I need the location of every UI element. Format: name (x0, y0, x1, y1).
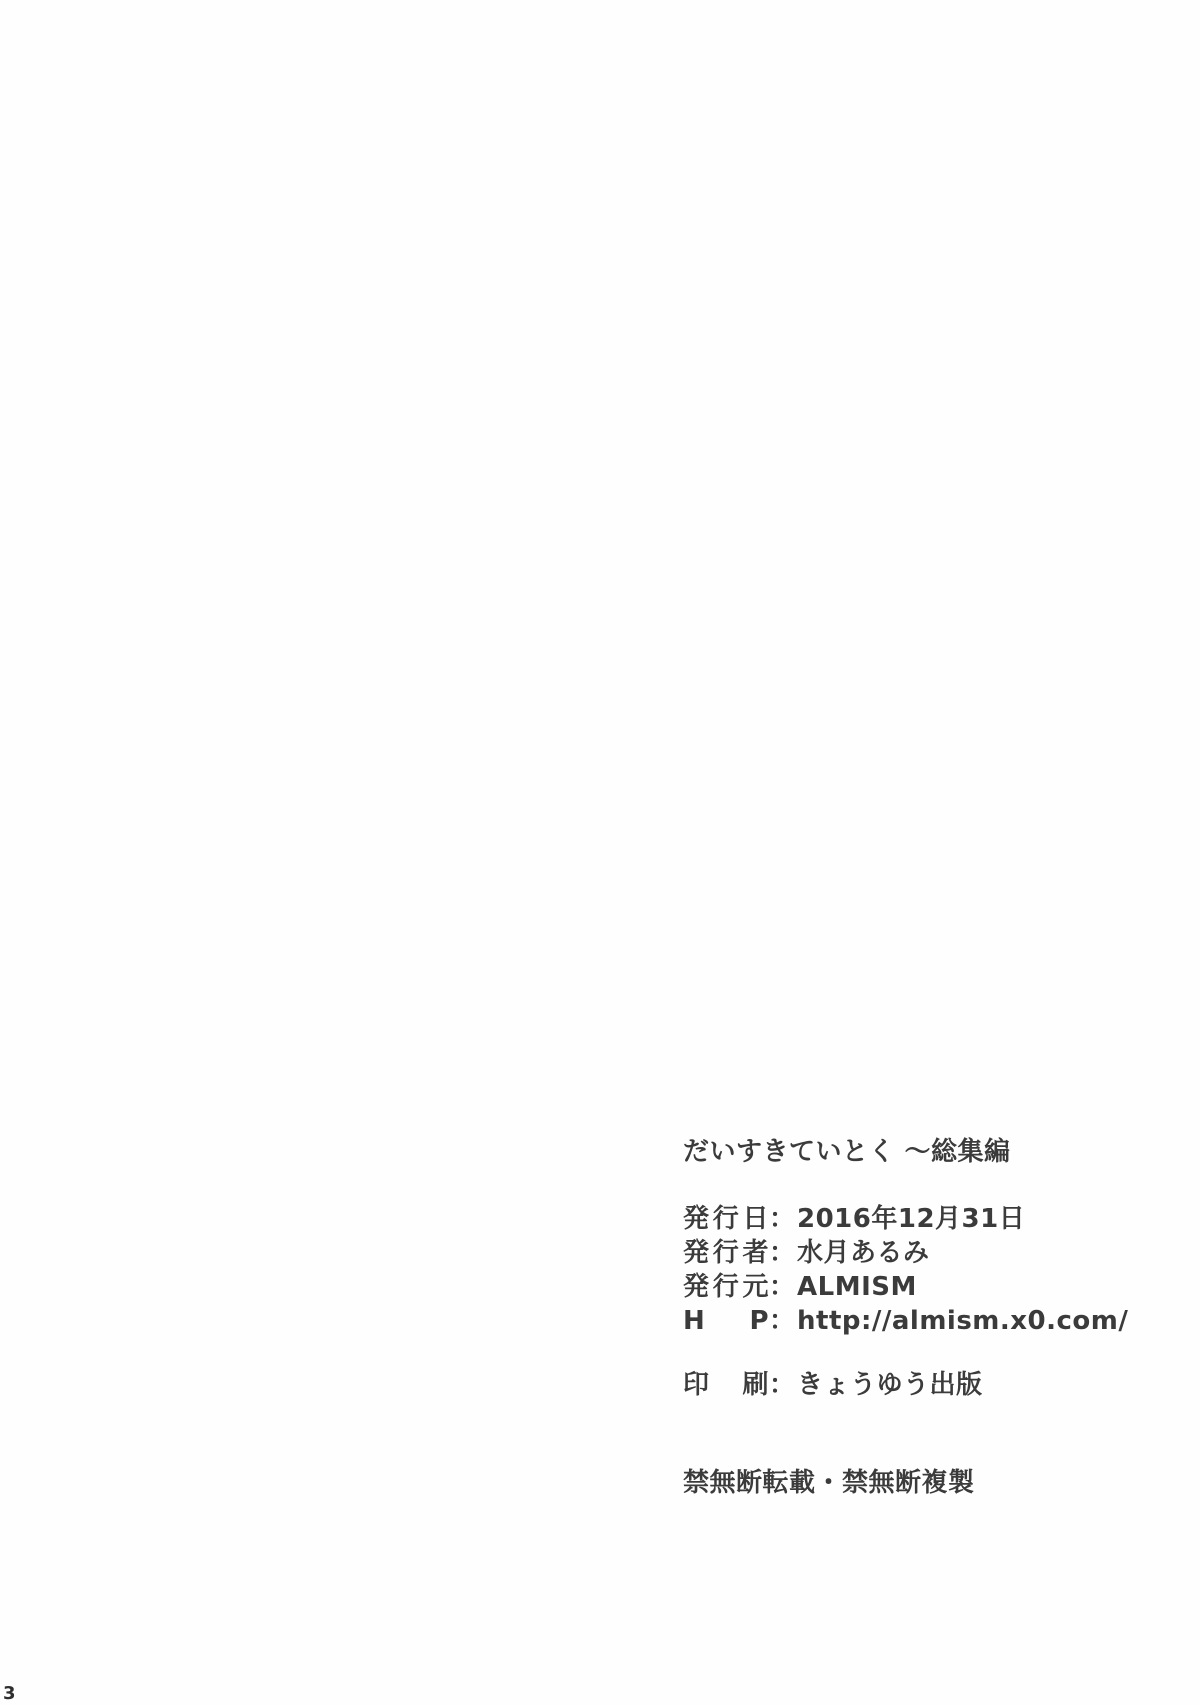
separator-colon: ： (769, 1236, 795, 1270)
publish-date-label: 発 行 日 (683, 1202, 769, 1236)
publisher-org-label: 発 行 元 (683, 1270, 769, 1304)
page-number: 3 (3, 1683, 16, 1705)
printer-label: 印 刷 (683, 1368, 769, 1402)
separator-colon: ： (769, 1202, 795, 1236)
publisher-org-value: ALMISM (795, 1270, 917, 1304)
publisher-person-row: 発 行 者 ： 水月あるみ (683, 1236, 1128, 1270)
label-char: 刷 (742, 1368, 769, 1402)
publisher-person-value: 水月あるみ (795, 1236, 930, 1270)
label-char: 行 (713, 1270, 740, 1304)
publisher-person-label: 発 行 者 (683, 1236, 769, 1270)
printer-row: 印 刷 ： きょうゆう出版 (683, 1368, 1128, 1402)
label-char: 発 (683, 1202, 710, 1236)
homepage-row: H P ： http://almism.x0.com/ (683, 1304, 1128, 1338)
label-char: 者 (742, 1236, 769, 1270)
homepage-url: http://almism.x0.com/ (795, 1304, 1128, 1338)
homepage-label: H P (683, 1304, 769, 1338)
label-char: 印 (683, 1368, 710, 1402)
label-char: P (749, 1304, 769, 1338)
book-title: だいすきていとく ～総集編 (683, 1136, 1128, 1168)
separator-colon: ： (769, 1270, 795, 1304)
label-char: 発 (683, 1236, 710, 1270)
separator-colon: ： (769, 1368, 795, 1402)
copyright-notice: 禁無断転載・禁無断複製 (683, 1466, 975, 1500)
publish-date-row: 発 行 日 ： 2016年12月31日 (683, 1202, 1128, 1236)
printer-value: きょうゆう出版 (795, 1368, 983, 1402)
label-char: 発 (683, 1270, 710, 1304)
separator-colon: ： (769, 1304, 795, 1338)
publish-date-value: 2016年12月31日 (795, 1202, 1025, 1236)
label-char: 行 (713, 1236, 740, 1270)
publication-info: 発 行 日 ： 2016年12月31日 発 行 者 ： 水月あるみ 発 行 元 … (683, 1202, 1128, 1402)
label-char: 行 (713, 1202, 740, 1236)
label-char: 日 (742, 1202, 769, 1236)
publisher-org-row: 発 行 元 ： ALMISM (683, 1270, 1128, 1304)
label-char: 元 (742, 1270, 769, 1304)
label-char: H (683, 1304, 705, 1338)
colophon: だいすきていとく ～総集編 発 行 日 ： 2016年12月31日 発 行 者 … (683, 1136, 1128, 1402)
